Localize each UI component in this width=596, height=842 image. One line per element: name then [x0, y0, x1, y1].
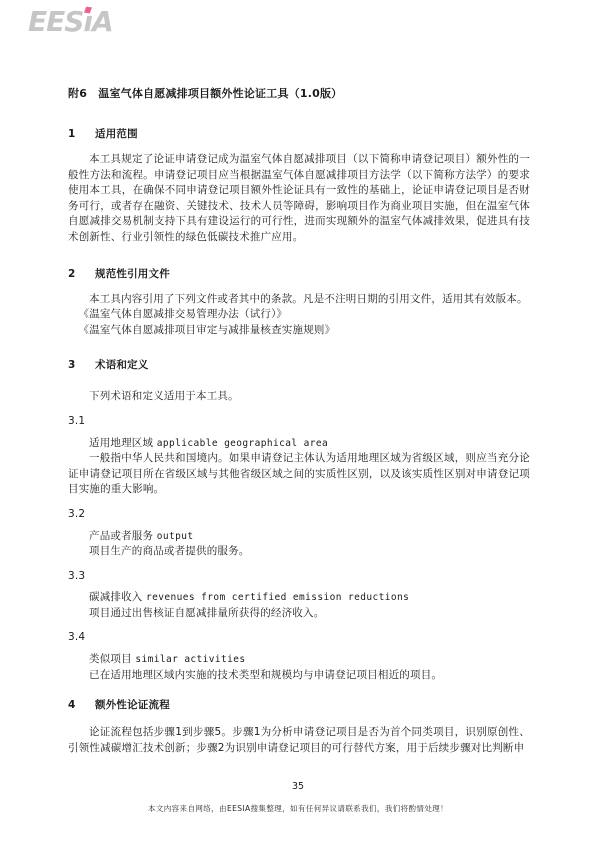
- document-title: 附6 温室气体自愿减排项目额外性论证工具（1.0版）: [68, 86, 530, 102]
- document-page: EESıA 附6 温室气体自愿减排项目额外性论证工具（1.0版） 1适用范围 本…: [0, 0, 596, 842]
- page-number: 35: [0, 780, 596, 794]
- term-3-1-number: 3.1: [68, 414, 530, 430]
- term-3-2-title: 产品或者服务 output: [68, 529, 530, 545]
- eesia-logo: EESıA: [28, 6, 113, 38]
- term-3-3-definition: 项目通过出售核证自愿减排量所获得的经济收入。: [68, 606, 530, 622]
- section-3-intro: 下列术语和定义适用于本工具。: [68, 389, 530, 405]
- term-3-2-en: output: [157, 531, 194, 542]
- section-2-heading-label: 规范性引用文件: [95, 268, 170, 280]
- section-4-number: 4: [68, 697, 95, 713]
- term-3-4-en: similar activities: [135, 654, 245, 665]
- document-body: 附6 温室气体自愿减排项目额外性论证工具（1.0版） 1适用范围 本工具规定了论…: [0, 0, 596, 756]
- section-1-heading: 1适用范围: [68, 126, 530, 142]
- term-3-2-definition: 项目生产的商品或者提供的服务。: [68, 544, 530, 560]
- term-3-1-title: 适用地理区域 applicable geographical area: [68, 436, 530, 452]
- term-3-4-definition: 已在适用地理区域内实施的技术类型和规模均与申请登记项目相近的项目。: [68, 668, 530, 684]
- section-2-number: 2: [68, 266, 95, 282]
- term-3-3-title: 碳减排收入 revenues from certified emission r…: [68, 590, 530, 606]
- logo-text-prefix: EES: [28, 5, 83, 38]
- section-2-paragraph: 本工具内容引用了下列文件或者其中的条款。凡是不注明日期的引用文件，适用其有效版本…: [68, 292, 530, 308]
- section-1-number: 1: [68, 126, 95, 142]
- term-3-1-cn: 适用地理区域: [89, 437, 153, 449]
- term-3-4-title: 类似项目 similar activities: [68, 652, 530, 668]
- logo-letter-i: ı: [83, 6, 92, 38]
- section-4-heading-label: 额外性论证流程: [95, 699, 170, 711]
- term-3-3-en: revenues from certified emission reducti…: [146, 592, 409, 603]
- section-3-heading: 3术语和定义: [68, 357, 530, 373]
- reference-document-1: 《温室气体自愿减排交易管理办法（试行）》: [68, 307, 530, 323]
- section-4-heading: 4额外性论证流程: [68, 697, 530, 713]
- term-3-3-number: 3.3: [68, 569, 530, 585]
- logo-text-suffix: A: [92, 5, 113, 38]
- section-1-paragraph: 本工具规定了论证申请登记成为温室气体自愿减排项目（以下简称申请登记项目）额外性的…: [68, 152, 530, 246]
- term-3-4-number: 3.4: [68, 630, 530, 646]
- section-3-heading-label: 术语和定义: [95, 359, 149, 371]
- term-3-1-definition: 一般指中华人民共和国境内。如果申请登记主体认为适用地理区域为省级区域，则应当充分…: [68, 451, 530, 498]
- section-2-heading: 2规范性引用文件: [68, 266, 530, 282]
- term-3-2-number: 3.2: [68, 507, 530, 523]
- term-3-2-cn: 产品或者服务: [89, 530, 153, 542]
- section-1-heading-label: 适用范围: [95, 128, 138, 140]
- section-4-paragraph: 论证流程包括步骤1到步骤5。步骤1为分析申请登记项目是否为首个同类项目，识别原创…: [68, 725, 530, 756]
- term-3-4-cn: 类似项目: [89, 653, 132, 665]
- reference-document-2: 《温室气体自愿减排项目审定与减排量核查实施规则》: [68, 323, 530, 339]
- section-3-number: 3: [68, 357, 95, 373]
- term-3-1-en: applicable geographical area: [157, 438, 328, 449]
- footer-disclaimer: 本文内容来自网络，由EESIA搜集整理，如有任何异议请联系我们，我们将酌情处理！: [0, 803, 596, 814]
- term-3-3-cn: 碳减排收入: [89, 591, 143, 603]
